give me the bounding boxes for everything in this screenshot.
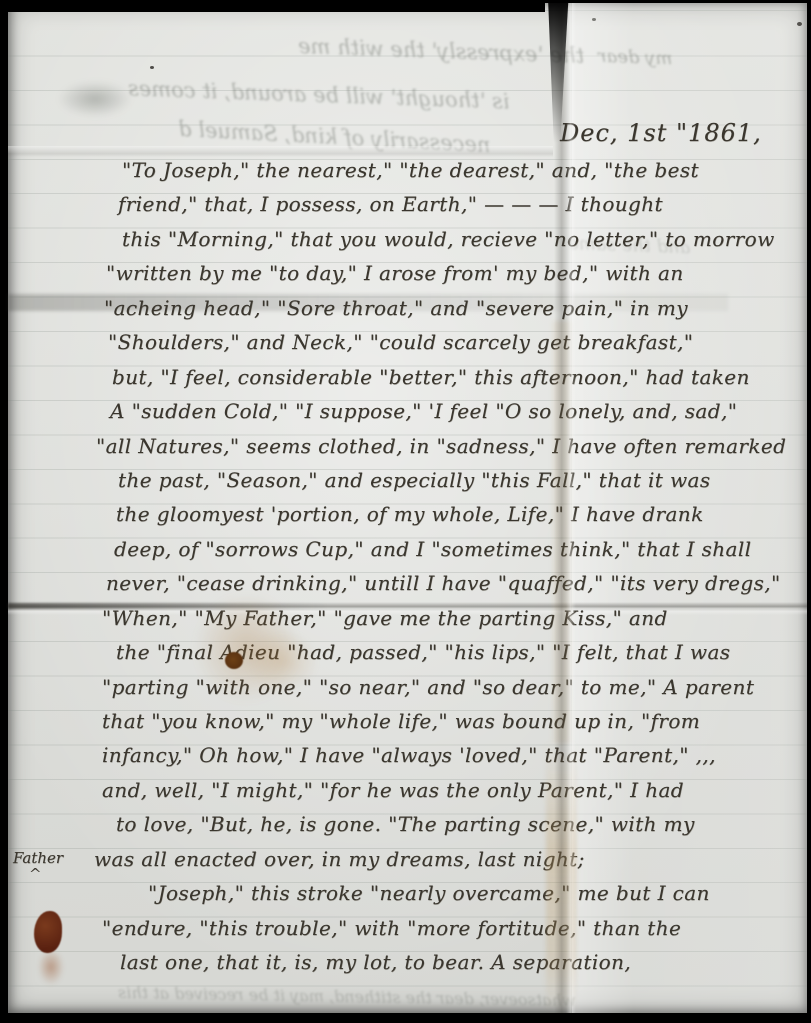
- ghost-text-line: my dear: [598, 46, 673, 70]
- fold-crease-vertical: [554, 3, 576, 1013]
- scan-gap-top: [8, 3, 545, 12]
- letter-line: "Joseph," this stroke "nearly overcame,"…: [8, 876, 811, 910]
- scanned-letter-screenshot: { "colors":{ "scan_background":"#000000"…: [0, 0, 811, 1023]
- letter-line: but, "I feel, considerable "better," thi…: [8, 360, 811, 394]
- letter-line: "endure, "this trouble," with "more fort…: [8, 911, 811, 945]
- letter-line: "parting "with one," "so near," and "so …: [8, 670, 811, 704]
- letter-line: "To Joseph," the nearest," "the dearest,…: [8, 153, 811, 187]
- letter-line: the "final Adieu "had, passed," "his lip…: [8, 635, 811, 669]
- letter-line: "acheing head," "Sore throat," and "seve…: [8, 291, 811, 325]
- letter-line: that "you know," my "whole life," was bo…: [8, 704, 811, 738]
- letter-date: Dec, 1st "1861,: [560, 119, 762, 147]
- letter-body: "To Joseph," the nearest," "the dearest,…: [8, 153, 811, 980]
- letter-line: this "Morning," that you would, recieve …: [8, 222, 811, 256]
- letter-line: to love, "But, he, is gone. "The parting…: [8, 807, 811, 841]
- letter-line: friend," that, I possess, on Earth," — —…: [8, 187, 811, 221]
- letter-line: last one, that it, is, my lot, to bear. …: [8, 945, 811, 979]
- letter-line: the past, "Season," and especially "this…: [8, 463, 811, 497]
- letter-line: was all enacted over, in my dreams, last…: [8, 842, 811, 876]
- letter-line: "written by me "to day," I arose from' m…: [8, 256, 811, 290]
- letter-line: and, well, "I might," "for he was the on…: [8, 773, 811, 807]
- letter-line: "all Natures," seems clothed, in "sadnes…: [8, 429, 811, 463]
- letter-line: never, "cease drinking," untill I have "…: [8, 566, 811, 600]
- letter-line: deep, of "sorrows Cup," and I "sometimes…: [8, 532, 811, 566]
- letter-paper: the 'expressly' the with meis 'thought' …: [8, 3, 807, 1013]
- letter-line: A "sudden Cold," "I suppose," 'I feel "O…: [8, 394, 811, 428]
- letter-line: "Shoulders," and Neck," "could scarcely …: [8, 325, 811, 359]
- caret-mark: ^: [29, 865, 42, 883]
- letter-line: "When," "My Father," "gave me the partin…: [8, 601, 811, 635]
- letter-line: the gloomyest 'portion, of my whole, Lif…: [8, 497, 811, 531]
- letter-line: infancy," Oh how," I have "always 'loved…: [8, 738, 811, 772]
